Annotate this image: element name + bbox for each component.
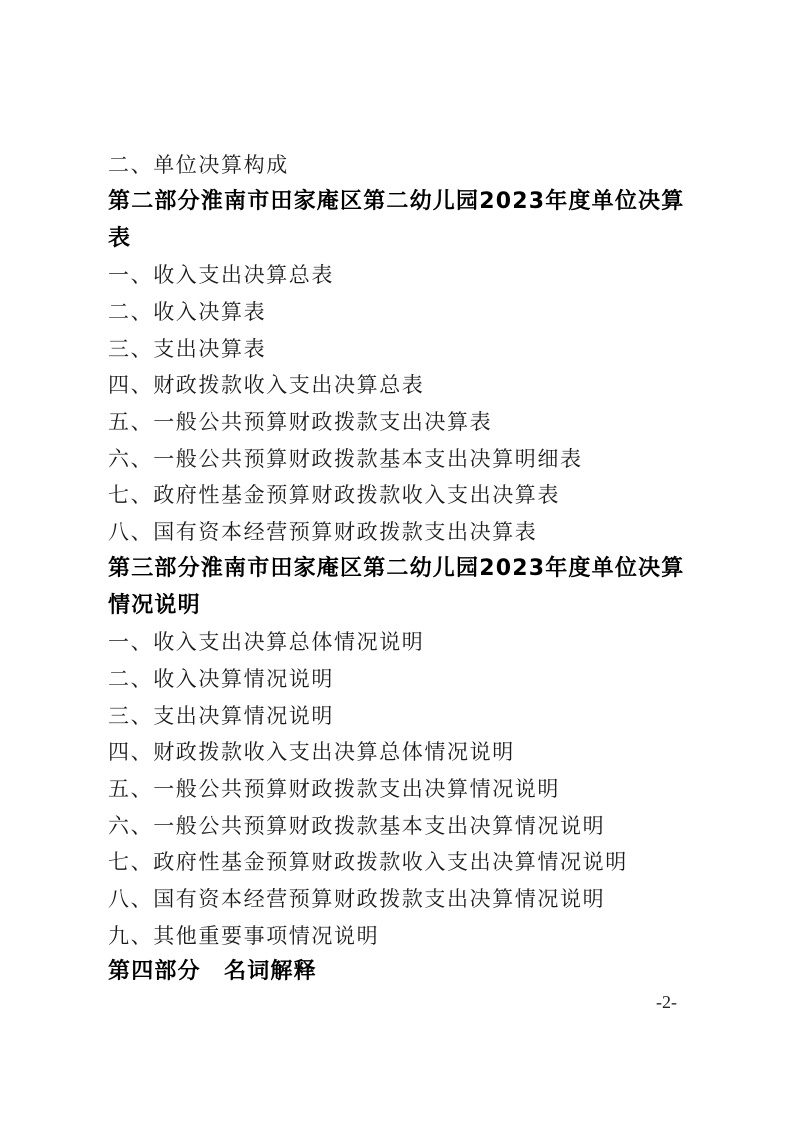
toc-item: 七、政府性基金预算财政拨款收入支出决算表 <box>108 482 560 508</box>
toc-item: 六、一般公共预算财政拨款基本支出决算情况说明 <box>108 813 605 839</box>
section-heading: 情况说明 <box>108 593 201 619</box>
toc-item: 七、政府性基金预算财政拨款收入支出决算情况说明 <box>108 849 628 875</box>
toc-item: 八、国有资本经营预算财政拨款支出决算情况说明 <box>108 886 605 912</box>
section-heading: 表 <box>108 226 131 252</box>
toc-item: 五、一般公共预算财政拨款支出决算表 <box>108 409 492 435</box>
toc-item: 九、其他重要事项情况说明 <box>108 923 379 949</box>
toc-item: 二、收入决算表 <box>108 299 266 325</box>
toc-item: 六、一般公共预算财政拨款基本支出决算明细表 <box>108 446 583 472</box>
toc-item: 三、支出决算情况说明 <box>108 703 334 729</box>
toc-item: 四、财政拨款收入支出决算总表 <box>108 372 424 398</box>
toc-item: 三、支出决算表 <box>108 336 266 362</box>
toc-item: 二、单位决算构成 <box>108 152 289 178</box>
section-heading: 第二部分淮南市田家庵区第二幼儿园2023年度单位决算 <box>108 189 684 215</box>
toc-item: 八、国有资本经营预算财政拨款支出决算表 <box>108 519 537 545</box>
toc-item: 一、收入支出决算总表 <box>108 262 334 288</box>
toc-item: 二、收入决算情况说明 <box>108 666 334 692</box>
section-heading: 第三部分淮南市田家庵区第二幼儿园2023年度单位决算 <box>108 556 684 582</box>
toc-item: 一、收入支出决算总体情况说明 <box>108 629 424 655</box>
page-number: -2- <box>656 992 677 1013</box>
document-page: 二、单位决算构成第二部分淮南市田家庵区第二幼儿园2023年度单位决算表一、收入支… <box>0 0 793 1122</box>
toc-item: 四、财政拨款收入支出决算总体情况说明 <box>108 739 515 765</box>
section-heading: 第四部分 名词解释 <box>108 959 317 985</box>
toc-item: 五、一般公共预算财政拨款支出决算情况说明 <box>108 776 560 802</box>
